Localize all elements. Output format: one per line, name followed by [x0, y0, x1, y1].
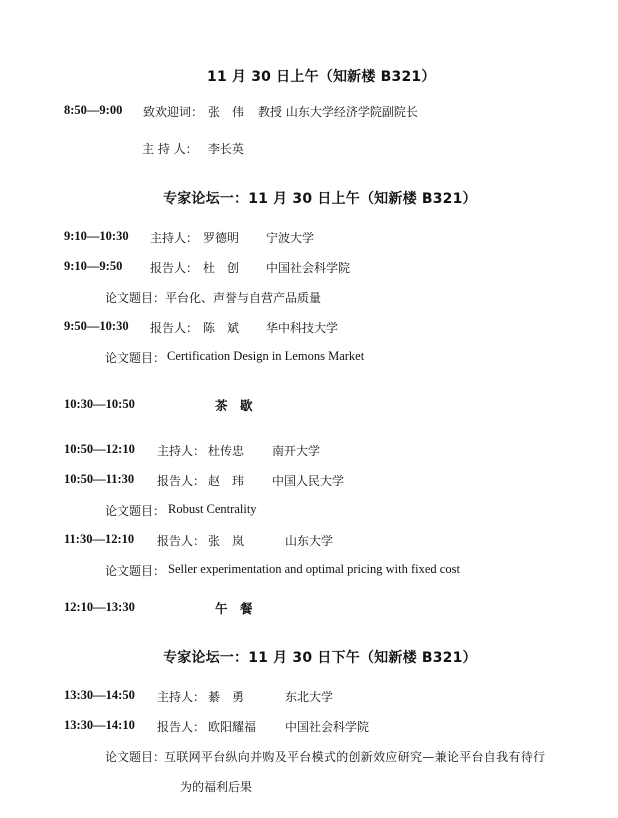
host-label: 主持人：	[157, 442, 205, 459]
paper-label: 论文题目：	[105, 289, 165, 306]
speaker-label: 报告人：	[150, 259, 198, 276]
speaker-affiliation: 山东大学	[285, 532, 333, 549]
speaker-name: 陈 斌	[203, 319, 239, 336]
speaker-affiliation: 中国人民大学	[272, 472, 344, 489]
speaker-label: 报告人：	[150, 319, 198, 336]
welcome-time: 8:50—9:00	[64, 103, 122, 118]
paper-title: Robust Centrality	[168, 502, 257, 517]
host-affiliation: 东北大学	[285, 688, 333, 705]
welcome-speaker: 张 伟	[208, 103, 244, 120]
host-time: 13:30—14:50	[64, 688, 135, 703]
speaker-affiliation: 中国社会科学院	[266, 259, 350, 276]
talk-time: 9:10—9:50	[64, 259, 122, 274]
paper-title: 平台化、声誉与自营产品质量	[165, 289, 321, 306]
talk-time: 11:30—12:10	[64, 532, 134, 547]
speaker-name: 张 岚	[208, 532, 244, 549]
host-label: 主持人：	[150, 229, 198, 246]
paper-title: Seller experimentation and optimal prici…	[168, 562, 460, 577]
speaker-label: 报告人：	[157, 532, 205, 549]
speaker-name: 赵 玮	[208, 472, 244, 489]
forum-title: 专家论坛一：11 月 30 日上午（知新楼 B321）	[163, 188, 477, 208]
lunch-time: 12:10—13:30	[64, 600, 135, 615]
host-affiliation: 南开大学	[272, 442, 320, 459]
paper-label: 论文题目：	[105, 349, 165, 366]
speaker-label: 报告人：	[157, 472, 205, 489]
talk-time: 9:50—10:30	[64, 319, 129, 334]
paper-label: 论文题目：	[105, 502, 165, 519]
break-time: 10:30—10:50	[64, 397, 135, 412]
lunch-label: 午 餐	[215, 599, 253, 617]
welcome-label: 致欢迎词：	[143, 103, 203, 120]
host-name: 杜传忠	[208, 442, 244, 459]
paper-label: 论文题目：	[105, 748, 165, 765]
talk-time: 10:50—11:30	[64, 472, 134, 487]
welcome-role: 教授 山东大学经济学院副院长	[258, 103, 418, 120]
paper-title-line2: 为的福利后果	[180, 778, 252, 795]
forum-title: 专家论坛一：11 月 30 日下午（知新楼 B321）	[163, 647, 477, 667]
session-host-name: 李长英	[208, 140, 244, 157]
host-time: 10:50—12:10	[64, 442, 135, 457]
speaker-name: 杜 创	[203, 259, 239, 276]
talk-time: 13:30—14:10	[64, 718, 135, 733]
break-label: 茶 歇	[215, 396, 253, 414]
speaker-affiliation: 中国社会科学院	[285, 718, 369, 735]
host-affiliation: 宁波大学	[266, 229, 314, 246]
paper-title-line1: 互联网平台纵向并购及平台模式的创新效应研究—兼论平台自我有待行	[164, 748, 545, 765]
session-title: 11 月 30 日上午（知新楼 B321）	[207, 66, 436, 86]
host-name: 綦 勇	[208, 688, 244, 705]
paper-label: 论文题目：	[105, 562, 165, 579]
host-label: 主持人：	[157, 688, 205, 705]
host-name: 罗德明	[203, 229, 239, 246]
speaker-affiliation: 华中科技大学	[266, 319, 338, 336]
session-host-label: 主 持 人：	[142, 140, 198, 157]
host-time: 9:10—10:30	[64, 229, 129, 244]
speaker-name: 欧阳耀福	[208, 718, 256, 735]
speaker-label: 报告人：	[157, 718, 205, 735]
paper-title: Certification Design in Lemons Market	[167, 349, 364, 364]
